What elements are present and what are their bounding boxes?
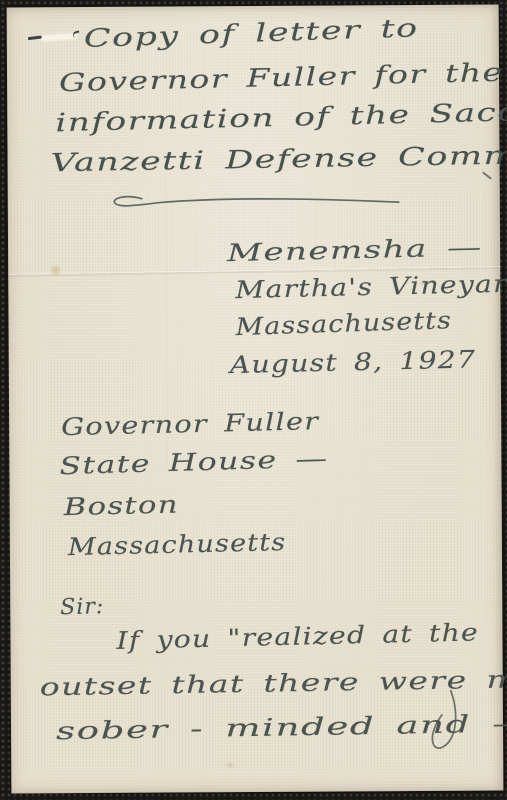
place-date-line-2: Martha's Vineyard [235, 269, 507, 304]
heading-line-4: Vanzetti Defense Committee [50, 139, 507, 177]
descender-loop-flourish [427, 691, 463, 757]
body-line-1: If you "realized at the [116, 618, 479, 655]
heading-line-3: information of the Sacco — [55, 95, 507, 137]
recipient-line-3: Boston [63, 490, 179, 521]
recipient-line-1: Governor Fuller [61, 407, 320, 441]
heading-line-2: Governor Fuller for the [59, 58, 504, 97]
place-date-line-3: Massachusetts [235, 306, 452, 341]
recipient-line-2: State House — [59, 444, 329, 480]
place-date-line-1: Menemsha — [227, 233, 483, 267]
salutation: Sir: [60, 594, 105, 620]
pencil-tick-right-edge [482, 171, 492, 179]
pencil-arc-mark [72, 30, 80, 37]
recipient-line-4: Massachusetts [68, 528, 287, 561]
heading-underline-flourish [108, 191, 404, 211]
paper-stain [51, 266, 60, 274]
pencil-dash-mark [28, 35, 42, 39]
place-date-line-4: August 8, 1927 [229, 345, 476, 379]
heading-line-1: Copy of letter to [83, 13, 419, 53]
paper-stain [227, 763, 233, 767]
letter-sheet: Copy of letter to Governor Fuller for th… [7, 5, 504, 794]
